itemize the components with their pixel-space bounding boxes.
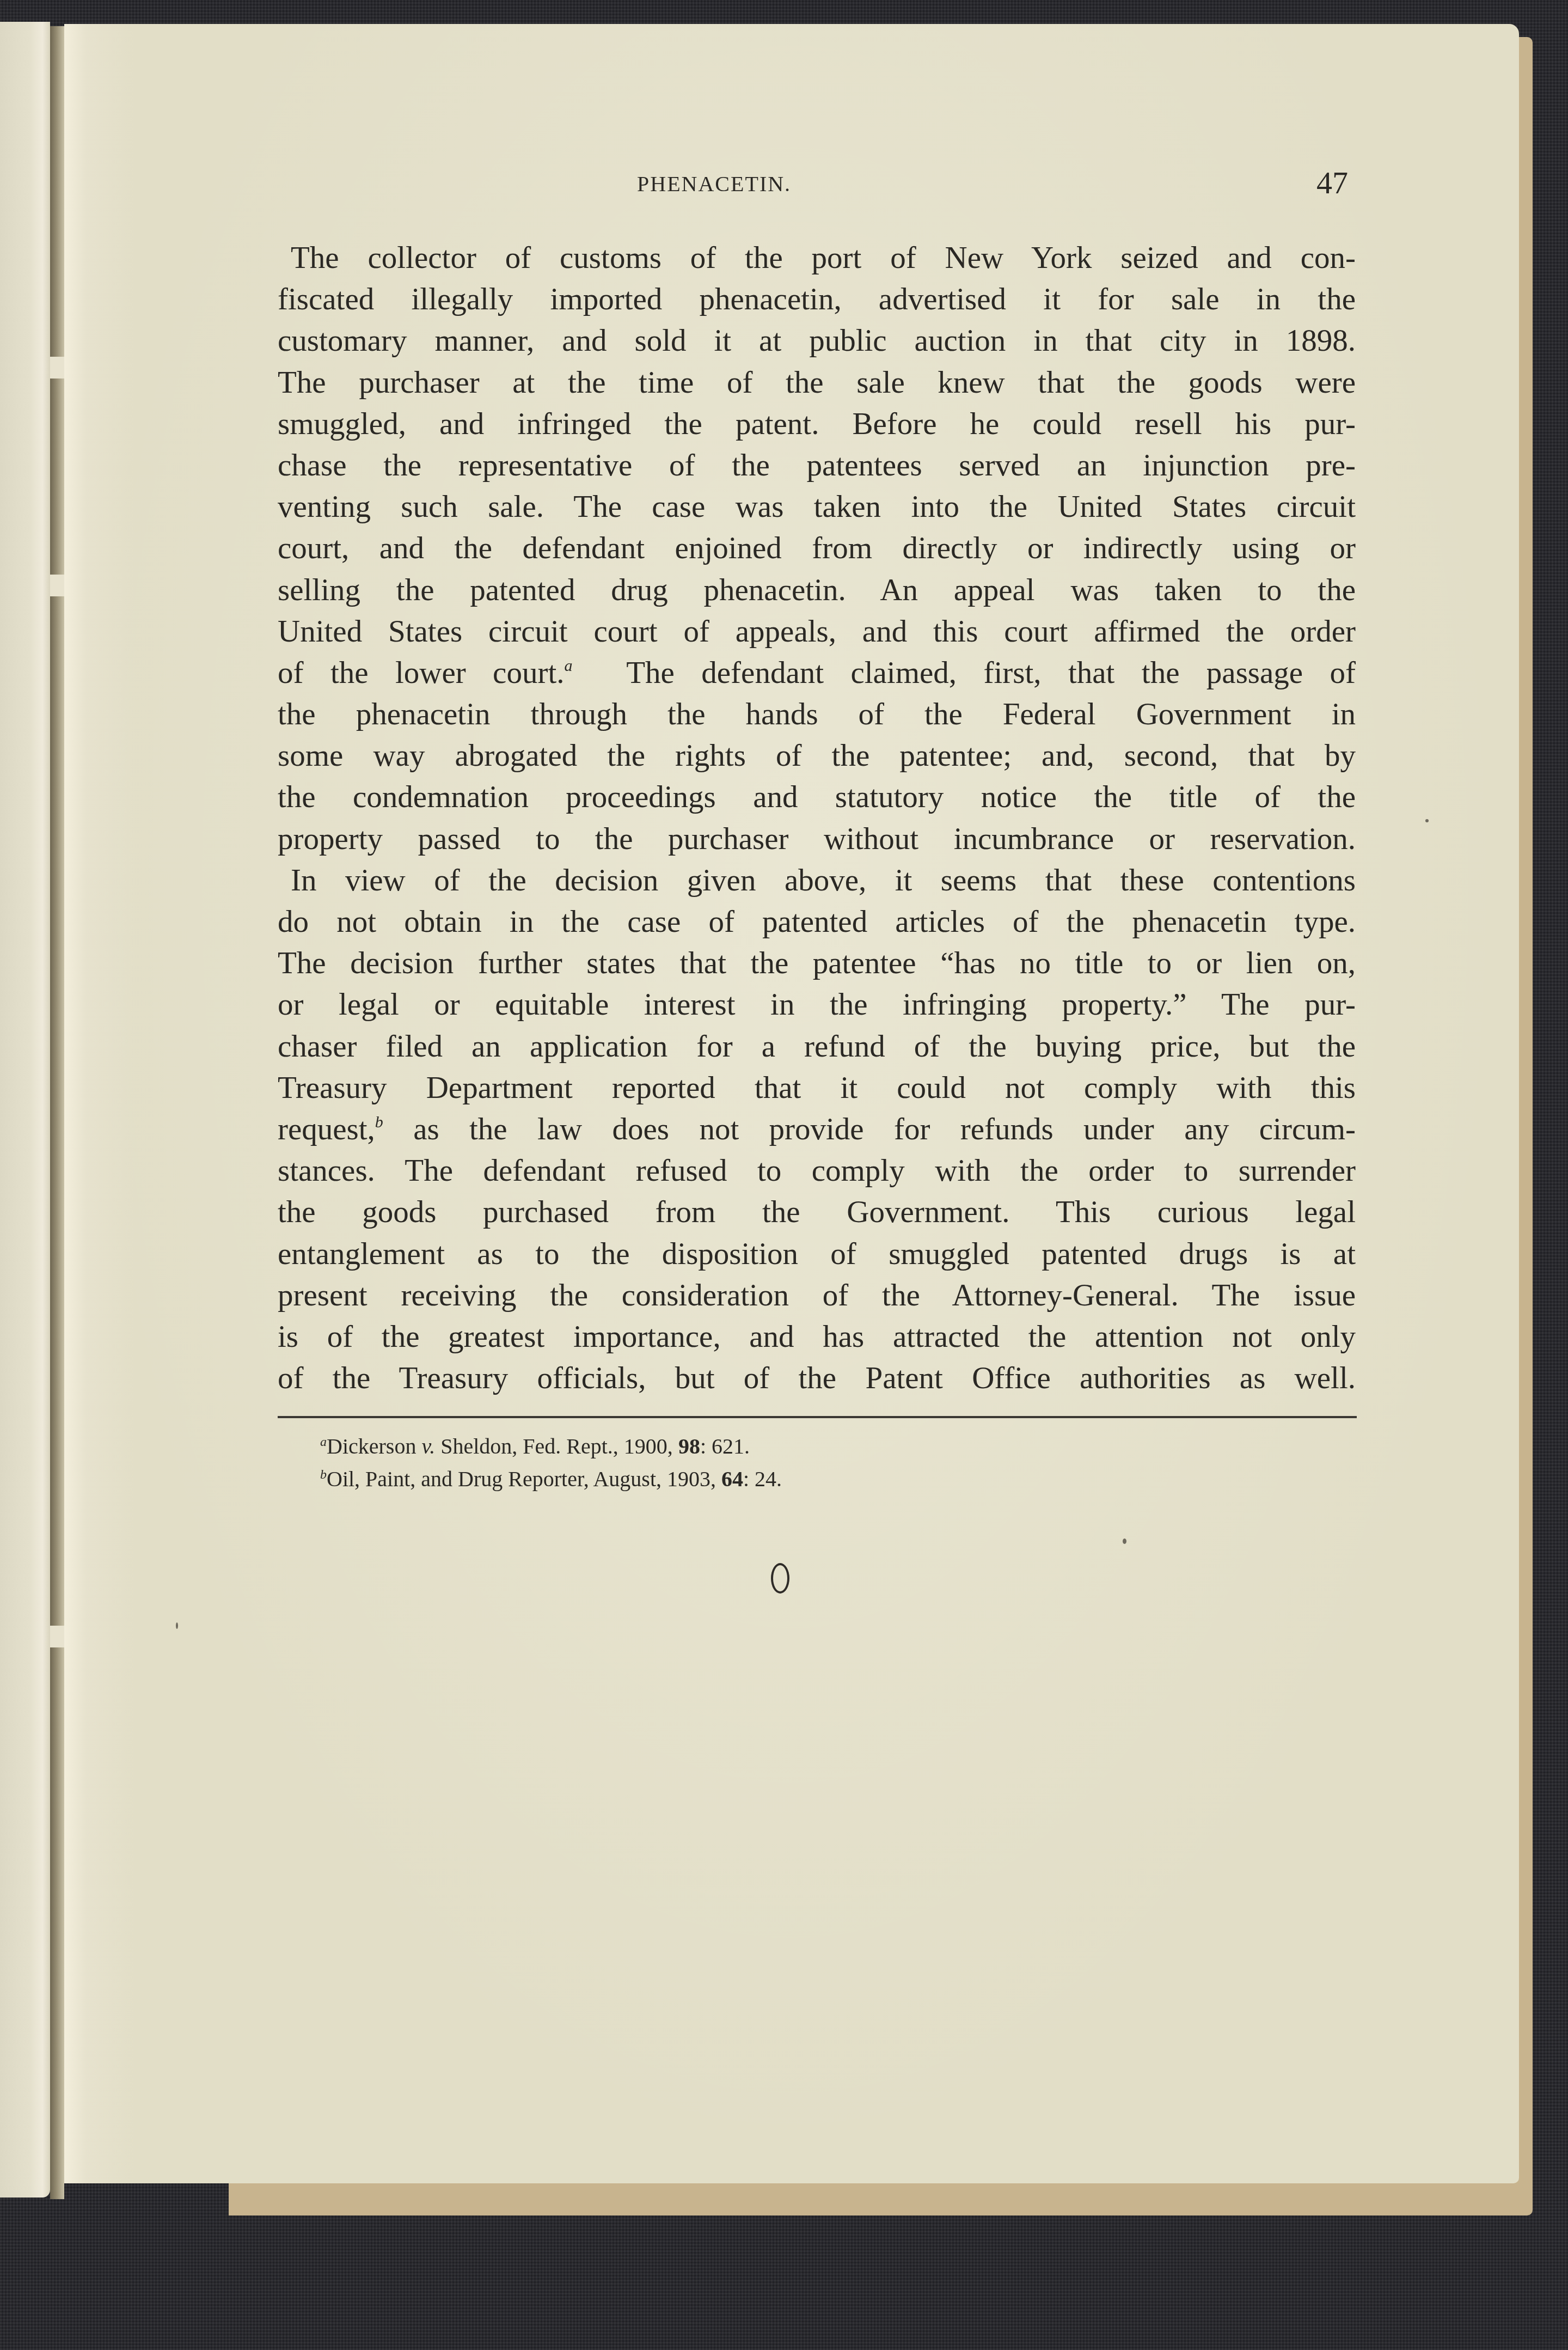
text-line: selling the patented drug phenacetin. An…: [278, 570, 1356, 611]
text-line: the condemnation proceedings and statuto…: [278, 777, 1356, 818]
paper-speck: [176, 1622, 178, 1629]
text-line: of the Treasury officials, but of the Pa…: [278, 1358, 1356, 1399]
document-page: PHENACETIN. 47 The collector of customs …: [64, 24, 1519, 2183]
footnote-a: aDickerson v. Sheldon, Fed. Rept., 1900,…: [320, 1430, 782, 1463]
footnote-versus: v.: [421, 1434, 435, 1458]
footnote-marker-b[interactable]: b: [375, 1113, 383, 1131]
text-line: In view of the decision given above, it …: [278, 860, 1356, 901]
text-line: the goods purchased from the Government.…: [278, 1192, 1356, 1233]
text-line: venting such sale. The case was taken in…: [278, 486, 1356, 528]
footnote-citation: Oil, Paint, and Drug Reporter, August, 1…: [327, 1467, 716, 1491]
footnote-marker: a: [320, 1435, 327, 1449]
page-number: 47: [1316, 164, 1348, 201]
footnote-volume: 64: [721, 1467, 743, 1491]
footnote-volume: 98: [678, 1434, 700, 1458]
text-line: property passed to the purchaser without…: [278, 819, 1356, 860]
paper-speck: [1123, 1539, 1126, 1544]
text-line: stances. The defendant refused to comply…: [278, 1150, 1356, 1192]
binding-stitch: [50, 1626, 64, 1647]
text-line: or legal or equitable interest in the in…: [278, 984, 1356, 1026]
text-line: The collector of customs of the port of …: [278, 237, 1356, 279]
footnotes: aDickerson v. Sheldon, Fed. Rept., 1900,…: [320, 1430, 782, 1496]
text-line: Treasury Department reported that it cou…: [278, 1067, 1356, 1109]
binding-stitch: [50, 575, 64, 596]
text-line: some way abrogated the rights of the pat…: [278, 735, 1356, 777]
text-line: smuggled, and infringed the patent. Befo…: [278, 404, 1356, 445]
running-head: PHENACETIN.: [637, 171, 791, 197]
text-line: fiscated illegally imported phenacetin, …: [278, 279, 1356, 320]
body-text: The collector of customs of the port of …: [278, 237, 1356, 1399]
text-line: do not obtain in the case of patented ar…: [278, 901, 1356, 943]
footnote-marker-a[interactable]: a: [564, 657, 572, 675]
text-line: United States circuit court of appeals, …: [278, 611, 1356, 652]
text-line: The purchaser at the time of the sale kn…: [278, 362, 1356, 404]
text-line: The decision further states that the pat…: [278, 943, 1356, 984]
text-line: of the lower court.a The defendant claim…: [278, 652, 1356, 694]
footnote-page: : 621.: [700, 1434, 750, 1458]
footnote-b: bOil, Paint, and Drug Reporter, August, …: [320, 1463, 782, 1496]
binding-gutter: [50, 26, 64, 2199]
text-line: entanglement as to the disposition of sm…: [278, 1234, 1356, 1275]
text-fragment: request,: [278, 1112, 375, 1146]
text-fragment: The defendant claimed, first, that the p…: [626, 656, 1356, 690]
footnote-marker: b: [320, 1468, 327, 1482]
text-fragment: as the law does not provide for refunds …: [413, 1112, 1356, 1146]
footnote-divider: [278, 1416, 1357, 1418]
binding-stitch: [50, 357, 64, 379]
text-line: chaser filed an application for a refund…: [278, 1026, 1356, 1067]
text-line: customary manner, and sold it at public …: [278, 320, 1356, 362]
text-line: chase the representative of the patentee…: [278, 445, 1356, 486]
previous-page-edge: [0, 22, 50, 2198]
text-line: the phenacetin through the hands of the …: [278, 694, 1356, 735]
footnote-page: : 24.: [743, 1467, 782, 1491]
footnote-case-name: Dickerson: [327, 1434, 416, 1458]
text-line: court, and the defendant enjoined from d…: [278, 528, 1356, 569]
text-fragment: of the lower court.: [278, 656, 564, 690]
text-line: present receiving the consideration of t…: [278, 1275, 1356, 1316]
end-mark-icon: [771, 1563, 789, 1594]
footnote-citation: Sheldon, Fed. Rept., 1900,: [440, 1434, 673, 1458]
text-line: is of the greatest importance, and has a…: [278, 1316, 1356, 1358]
paper-speck: [1425, 819, 1429, 822]
text-line: request,b as the law does not provide fo…: [278, 1109, 1356, 1150]
